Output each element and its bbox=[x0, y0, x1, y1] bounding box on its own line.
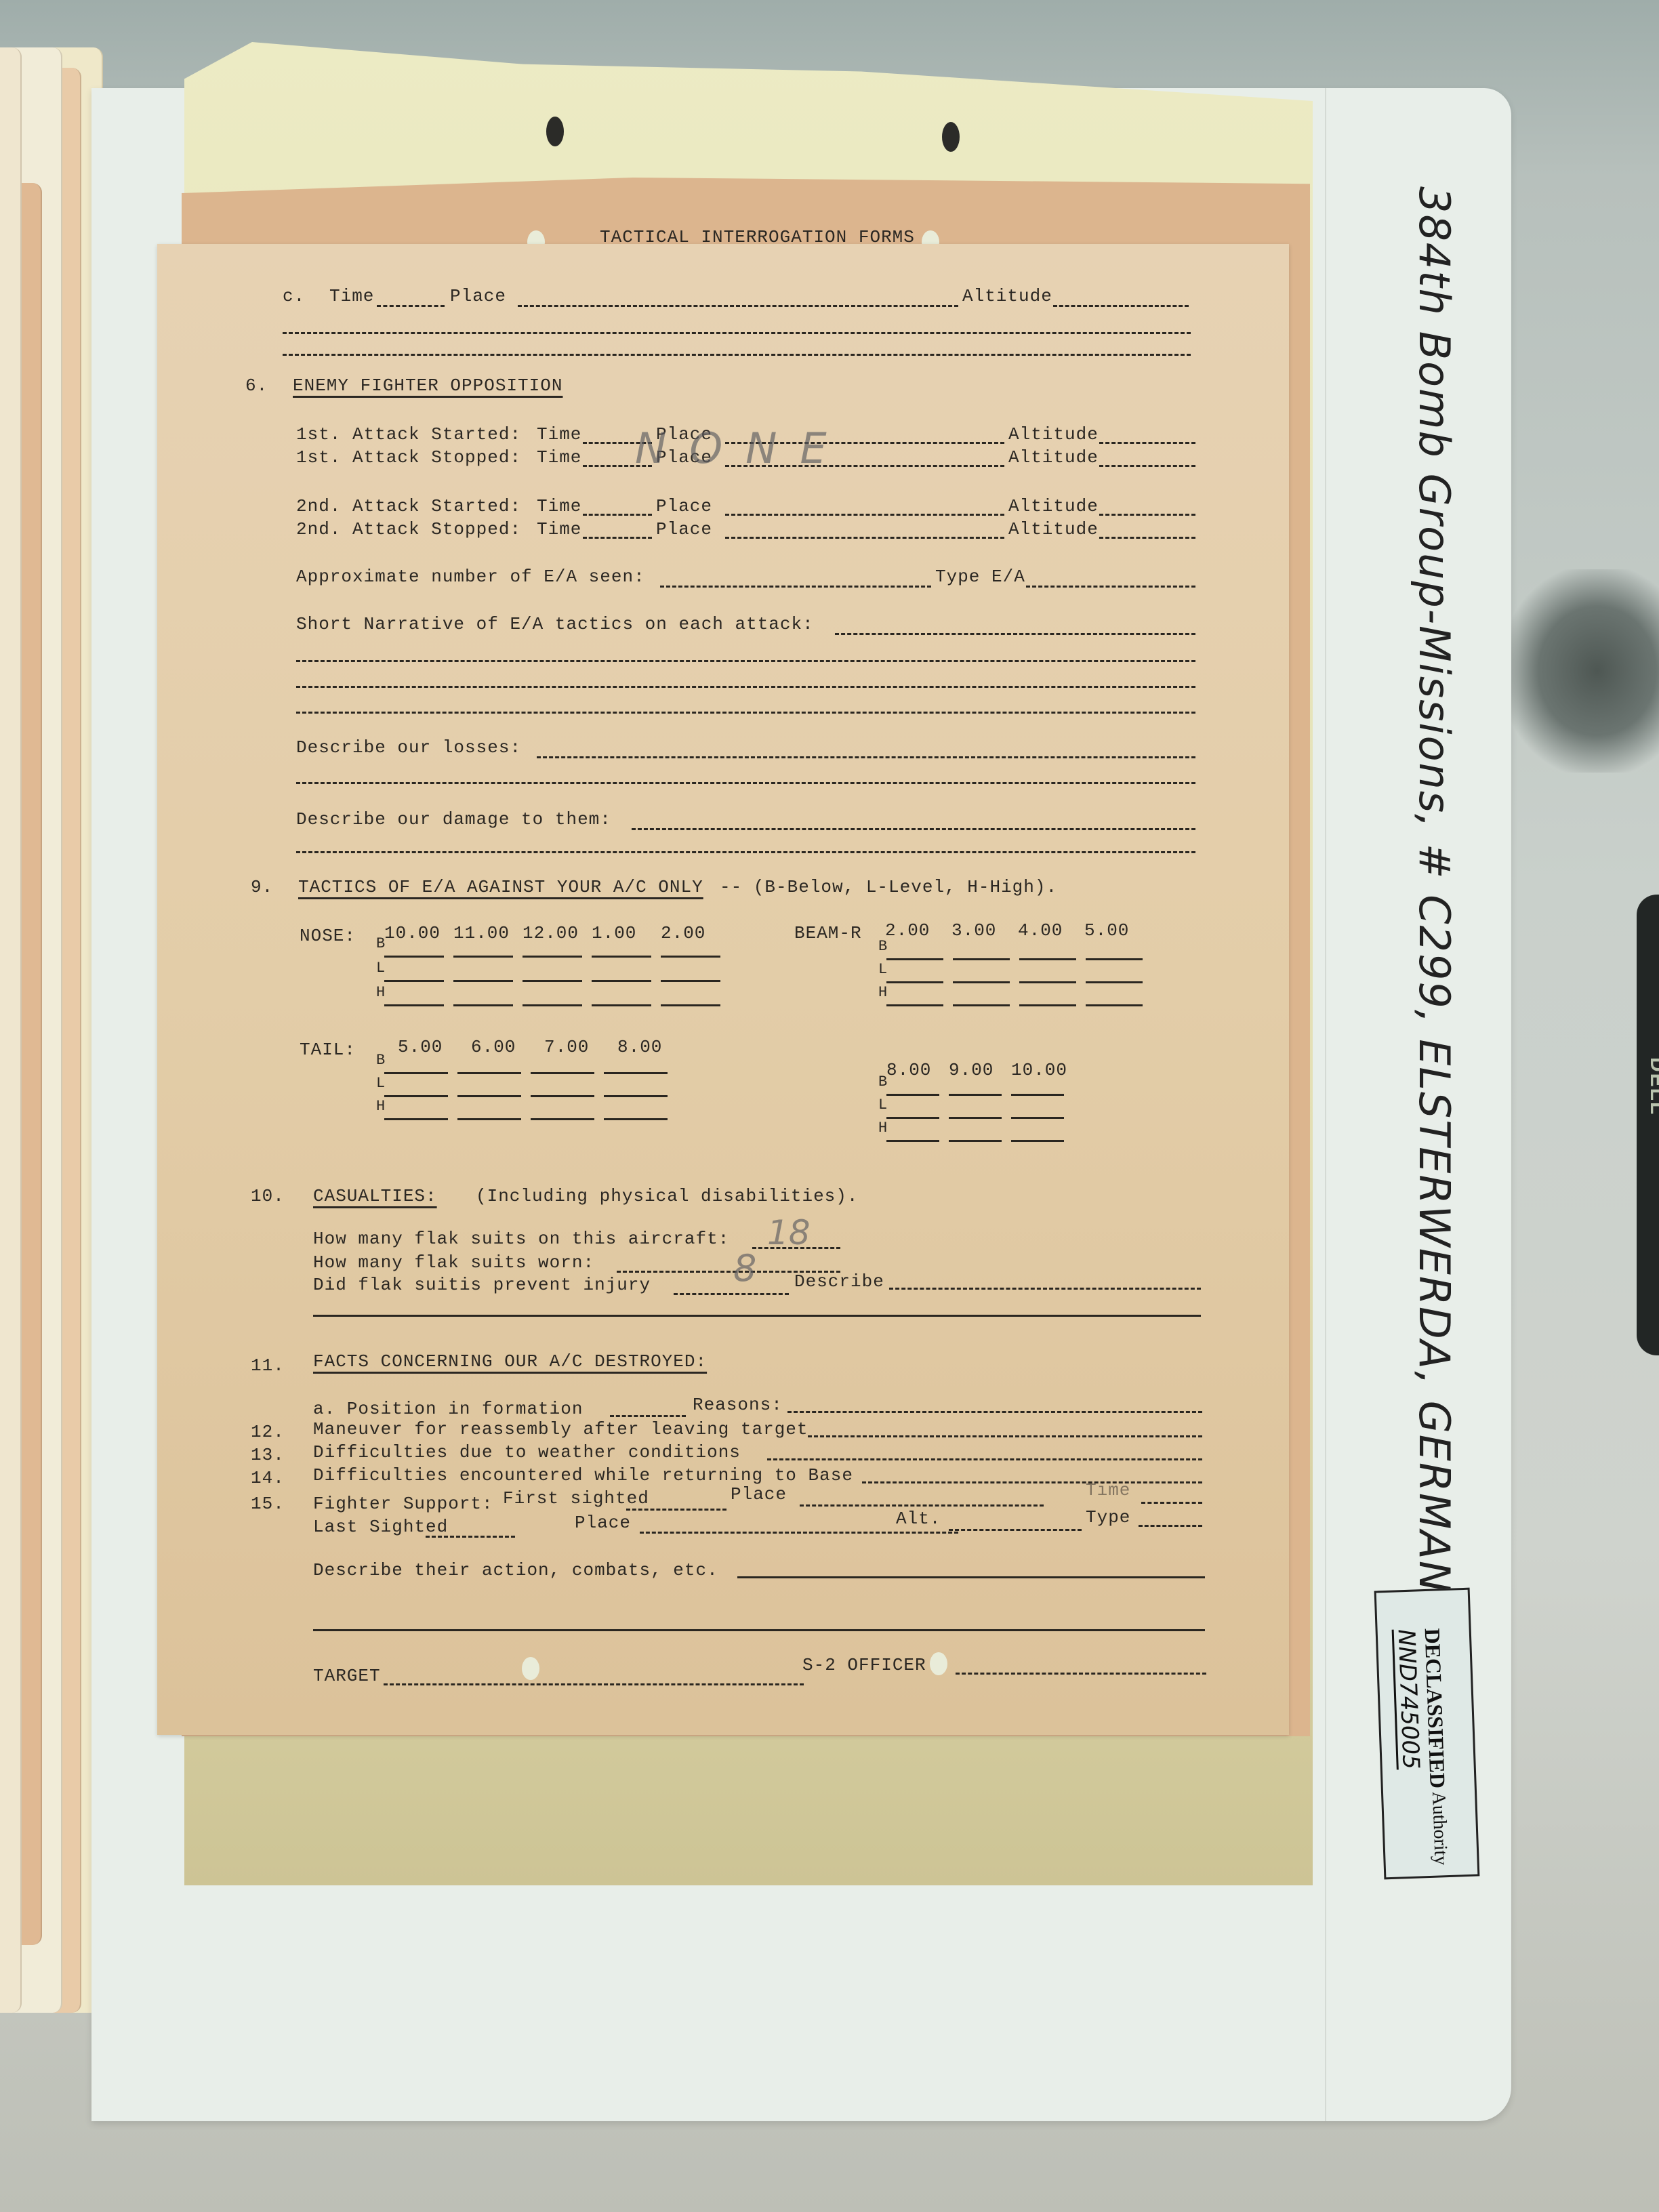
losses-line[interactable] bbox=[296, 782, 1195, 784]
clock-position: 2.00 bbox=[661, 924, 705, 942]
altitude-row-label: B bbox=[376, 937, 386, 951]
type-field[interactable] bbox=[1139, 1525, 1202, 1527]
section-11-heading: FACTS CONCERNING OUR A/C DESTROYED: bbox=[313, 1353, 707, 1370]
item-field[interactable] bbox=[767, 1458, 1202, 1460]
tactics-cell[interactable] bbox=[531, 1072, 594, 1074]
declassified-stamp: DECLASSIFIED Authority NND745005 bbox=[1374, 1588, 1480, 1880]
stamp-authority-number: NND745005 bbox=[1393, 1629, 1425, 1769]
s2-officer-label: S-2 OFFICER bbox=[802, 1656, 926, 1674]
clock-position: 12.00 bbox=[523, 924, 579, 942]
stamp-authority-label: Authority bbox=[1428, 1790, 1452, 1865]
flak-worn-value: 8 bbox=[733, 1247, 756, 1290]
clock-position: 11.00 bbox=[453, 924, 510, 942]
damage-label: Describe our damage to them: bbox=[296, 811, 611, 828]
item-number: 12. bbox=[251, 1423, 285, 1441]
tactics-cell[interactable] bbox=[531, 1095, 594, 1097]
narrative-line[interactable] bbox=[296, 660, 1195, 662]
narrative-line[interactable] bbox=[296, 712, 1195, 714]
first-time-label: Time bbox=[1086, 1481, 1130, 1499]
losses-label: Describe our losses: bbox=[296, 739, 521, 756]
tactics-cell[interactable] bbox=[1019, 958, 1076, 960]
tactics-cell[interactable] bbox=[604, 1095, 668, 1097]
time-field[interactable] bbox=[377, 305, 445, 307]
describe-action-line[interactable] bbox=[313, 1629, 1205, 1631]
item-label: Difficulties due to weather conditions bbox=[313, 1443, 741, 1461]
blank-line[interactable] bbox=[283, 354, 1191, 356]
place-label: Place bbox=[450, 287, 506, 305]
clock-position: 6.00 bbox=[471, 1038, 516, 1056]
handwritten-none: NONE bbox=[635, 424, 850, 473]
attack-row-label: 1st. Attack Stopped: bbox=[296, 449, 521, 466]
clock-position: 4.00 bbox=[1018, 922, 1063, 939]
clock-position: 10.00 bbox=[384, 924, 441, 942]
prevent-injury-field[interactable] bbox=[674, 1293, 789, 1295]
attack-place-field[interactable] bbox=[725, 514, 1004, 516]
attack-altitude-label: Altitude bbox=[1008, 497, 1099, 515]
describe-line[interactable] bbox=[313, 1315, 1201, 1317]
place-field[interactable] bbox=[518, 305, 958, 307]
altitude-row-label: H bbox=[878, 1121, 888, 1136]
attack-altitude-label: Altitude bbox=[1008, 426, 1099, 443]
altitude-label: Altitude bbox=[962, 287, 1052, 305]
marble-background bbox=[1504, 569, 1659, 773]
prevent-injury-label: Did flak suitis prevent injury bbox=[313, 1276, 651, 1294]
tactics-cell[interactable] bbox=[1086, 1004, 1143, 1006]
tactics-cell[interactable] bbox=[523, 956, 582, 958]
first-place-field[interactable] bbox=[800, 1504, 1044, 1507]
stamp-title: DECLASSIFIED bbox=[1420, 1628, 1450, 1789]
damage-field[interactable] bbox=[632, 828, 1195, 830]
flak-worn-label: How many flak suits worn: bbox=[313, 1254, 594, 1271]
tactics-cell[interactable] bbox=[453, 1004, 513, 1006]
attack-altitude-field[interactable] bbox=[1099, 465, 1195, 467]
attack-row-label: 1st. Attack Started: bbox=[296, 426, 521, 443]
attack-altitude-field[interactable] bbox=[1099, 442, 1195, 444]
grid-label-nose: NOSE: bbox=[300, 927, 356, 945]
tactics-cell[interactable] bbox=[886, 1117, 939, 1119]
section-9-heading: TACTICS OF E/A AGAINST YOUR A/C ONLY bbox=[298, 878, 703, 896]
item-label: Maneuver for reassembly after leaving ta… bbox=[313, 1420, 808, 1438]
tactics-cell[interactable] bbox=[384, 1095, 448, 1097]
tactics-cell[interactable] bbox=[886, 1004, 943, 1006]
damage-line[interactable] bbox=[296, 851, 1195, 853]
tactics-cell[interactable] bbox=[384, 1072, 448, 1074]
type-label: Type bbox=[1086, 1509, 1130, 1526]
attack-time-field[interactable] bbox=[583, 514, 652, 516]
tactics-cell[interactable] bbox=[1086, 958, 1143, 960]
alt-field[interactable] bbox=[949, 1529, 1082, 1531]
tactics-cell[interactable] bbox=[1011, 1094, 1064, 1096]
clock-position: 8.00 bbox=[886, 1061, 931, 1079]
attack-place-label: Place bbox=[656, 520, 712, 538]
s2-officer-field[interactable] bbox=[956, 1673, 1206, 1675]
tactics-cell[interactable] bbox=[523, 1004, 582, 1006]
attack-time-label: Time bbox=[537, 520, 581, 538]
grid-label-beam_r: BEAM-R bbox=[794, 924, 862, 942]
attack-altitude-label: Altitude bbox=[1008, 449, 1099, 466]
item-field[interactable] bbox=[862, 1481, 1202, 1483]
attack-row-label: 2nd. Attack Started: bbox=[296, 497, 521, 515]
attack-place-field[interactable] bbox=[725, 537, 1004, 539]
tactics-cell[interactable] bbox=[523, 980, 582, 982]
tactics-cell[interactable] bbox=[1019, 1004, 1076, 1006]
item-number: 14. bbox=[251, 1469, 285, 1487]
tactics-cell[interactable] bbox=[384, 1004, 444, 1006]
tactics-cell[interactable] bbox=[886, 958, 943, 960]
first-place-label: Place bbox=[731, 1486, 787, 1503]
section-6-heading: ENEMY FIGHTER OPPOSITION bbox=[293, 377, 562, 394]
altitude-row-label: B bbox=[376, 1053, 386, 1068]
tactics-cell[interactable] bbox=[949, 1140, 1002, 1142]
narrative-label: Short Narrative of E/A tactics on each a… bbox=[296, 615, 814, 633]
type-ea-label: Type E/A bbox=[935, 568, 1025, 586]
section-10-number: 10. bbox=[251, 1187, 285, 1205]
section-10-heading: CASUALTIES: bbox=[313, 1187, 437, 1205]
tactics-cell[interactable] bbox=[592, 980, 651, 982]
tactics-cell[interactable] bbox=[457, 1118, 521, 1120]
describe-label: Describe bbox=[794, 1273, 884, 1290]
section-6-number: 6. bbox=[245, 377, 268, 394]
tactics-cell[interactable] bbox=[949, 1094, 1002, 1096]
tactics-cell[interactable] bbox=[953, 981, 1010, 983]
tactics-cell[interactable] bbox=[592, 956, 651, 958]
clock-position: 2.00 bbox=[885, 922, 930, 939]
last-place-field[interactable] bbox=[640, 1532, 958, 1534]
describe-action-label: Describe their action, combats, etc. bbox=[313, 1561, 718, 1579]
tactics-cell[interactable] bbox=[886, 1140, 939, 1142]
position-field[interactable] bbox=[610, 1415, 686, 1417]
section-11-number: 11. bbox=[251, 1357, 285, 1374]
dark-device bbox=[1637, 895, 1659, 1355]
approx-number-field[interactable] bbox=[660, 586, 931, 588]
blank-line[interactable] bbox=[283, 332, 1191, 334]
tactics-cell[interactable] bbox=[1011, 1117, 1064, 1119]
type-ea-field[interactable] bbox=[1026, 586, 1195, 588]
folder-handwritten-label: 384th Bomb Group-Missions, # C299, ELSTE… bbox=[1410, 186, 1459, 1807]
tactics-cell[interactable] bbox=[453, 956, 513, 958]
section-c-label: c. bbox=[283, 287, 305, 305]
position-label: a. Position in formation bbox=[313, 1400, 583, 1418]
attack-time-field[interactable] bbox=[583, 537, 652, 539]
section-9-legend: -- (B-Below, L-Level, H-High). bbox=[720, 878, 1057, 896]
folder-crease bbox=[1325, 88, 1326, 2121]
attack-altitude-field[interactable] bbox=[1099, 514, 1195, 516]
narrative-line[interactable] bbox=[296, 686, 1195, 688]
altitude-row-label: L bbox=[878, 962, 888, 977]
item-label: Difficulties encountered while returning… bbox=[313, 1467, 853, 1484]
tactics-cell[interactable] bbox=[604, 1072, 668, 1074]
tactics-cell[interactable] bbox=[384, 1118, 448, 1120]
attack-time-label: Time bbox=[537, 426, 581, 443]
altitude-row-label: L bbox=[878, 1098, 888, 1113]
clock-position: 3.00 bbox=[951, 922, 996, 939]
altitude-row-label: L bbox=[376, 961, 386, 976]
attack-place-label: Place bbox=[656, 497, 712, 515]
altitude-row-label: B bbox=[878, 939, 888, 954]
reasons-label: Reasons: bbox=[693, 1396, 783, 1414]
altitude-row-label: L bbox=[376, 1076, 386, 1091]
tactics-cell[interactable] bbox=[384, 980, 444, 982]
item-field[interactable] bbox=[808, 1435, 1202, 1437]
fighter-support-label: Fighter Support: bbox=[313, 1495, 493, 1513]
tactics-cell[interactable] bbox=[1019, 981, 1076, 983]
attack-altitude-label: Altitude bbox=[1008, 520, 1099, 538]
section-15-number: 15. bbox=[251, 1495, 285, 1513]
altitude-field[interactable] bbox=[1053, 305, 1189, 307]
tactics-cell[interactable] bbox=[661, 956, 720, 958]
first-sighted-label: First sighted bbox=[503, 1490, 649, 1507]
clock-position: 9.00 bbox=[949, 1061, 994, 1079]
clock-position: 8.00 bbox=[617, 1038, 662, 1056]
describe-field[interactable] bbox=[889, 1288, 1201, 1290]
tactics-cell[interactable] bbox=[384, 956, 444, 958]
last-sighted-field[interactable] bbox=[426, 1536, 515, 1538]
section-10-subheading: (Including physical disabilities). bbox=[476, 1187, 859, 1205]
tactics-cell[interactable] bbox=[592, 1004, 651, 1006]
tactics-cell[interactable] bbox=[604, 1118, 668, 1120]
alt-label: Alt. bbox=[896, 1510, 941, 1528]
clock-position: 7.00 bbox=[544, 1038, 589, 1056]
punch-hole bbox=[942, 122, 960, 152]
tactics-cell[interactable] bbox=[1086, 981, 1143, 983]
altitude-row-label: B bbox=[878, 1075, 888, 1090]
last-sighted-label: Last Sighted bbox=[313, 1518, 448, 1536]
flak-on-aircraft-value: 18 bbox=[767, 1213, 811, 1252]
item-number: 13. bbox=[251, 1446, 285, 1464]
target-label: TARGET bbox=[313, 1667, 381, 1685]
last-place-label: Place bbox=[575, 1514, 631, 1532]
approx-number-label: Approximate number of E/A seen: bbox=[296, 568, 645, 586]
device-label: DELL bbox=[1645, 1057, 1659, 1115]
attack-time-label: Time bbox=[537, 449, 581, 466]
interrogation-form-page: c. Time Place Altitude 6. ENEMY FIGHTER … bbox=[157, 244, 1289, 1735]
clock-position: 10.00 bbox=[1011, 1061, 1067, 1079]
tactics-cell[interactable] bbox=[886, 981, 943, 983]
first-time-field[interactable] bbox=[1141, 1502, 1202, 1504]
describe-action-field[interactable] bbox=[737, 1576, 1205, 1578]
flak-on-aircraft-label: How many flak suits on this aircraft: bbox=[313, 1230, 729, 1248]
punch-hole bbox=[522, 1657, 539, 1680]
grid-label-tail: TAIL: bbox=[300, 1041, 356, 1059]
tactics-cell[interactable] bbox=[453, 980, 513, 982]
clock-position: 5.00 bbox=[398, 1038, 443, 1056]
tactics-cell[interactable] bbox=[457, 1072, 521, 1074]
attack-time-label: Time bbox=[537, 497, 581, 515]
narrative-field[interactable] bbox=[835, 633, 1195, 635]
clock-position: 5.00 bbox=[1084, 922, 1129, 939]
clock-position: 1.00 bbox=[592, 924, 636, 942]
first-sighted-field[interactable] bbox=[626, 1509, 726, 1511]
tactics-cell[interactable] bbox=[661, 980, 720, 982]
time-label: Time bbox=[329, 287, 374, 305]
attack-altitude-field[interactable] bbox=[1099, 537, 1195, 539]
tactics-cell[interactable] bbox=[949, 1117, 1002, 1119]
tactics-cell[interactable] bbox=[1011, 1140, 1064, 1142]
punch-hole bbox=[546, 117, 564, 146]
altitude-row-label: H bbox=[376, 985, 386, 1000]
section-9-number: 9. bbox=[251, 878, 273, 896]
tactics-cell[interactable] bbox=[953, 958, 1010, 960]
tactics-cell[interactable] bbox=[457, 1095, 521, 1097]
reasons-field[interactable] bbox=[787, 1411, 1202, 1413]
attack-row-label: 2nd. Attack Stopped: bbox=[296, 520, 521, 538]
tactics-cell[interactable] bbox=[661, 1004, 720, 1006]
altitude-row-label: H bbox=[376, 1099, 386, 1114]
tactics-cell[interactable] bbox=[953, 1004, 1010, 1006]
altitude-row-label: H bbox=[878, 985, 888, 1000]
tactics-cell[interactable] bbox=[531, 1118, 594, 1120]
target-field[interactable] bbox=[384, 1683, 804, 1685]
tactics-cell[interactable] bbox=[886, 1094, 939, 1096]
losses-field[interactable] bbox=[537, 756, 1195, 758]
punch-hole bbox=[930, 1652, 947, 1675]
